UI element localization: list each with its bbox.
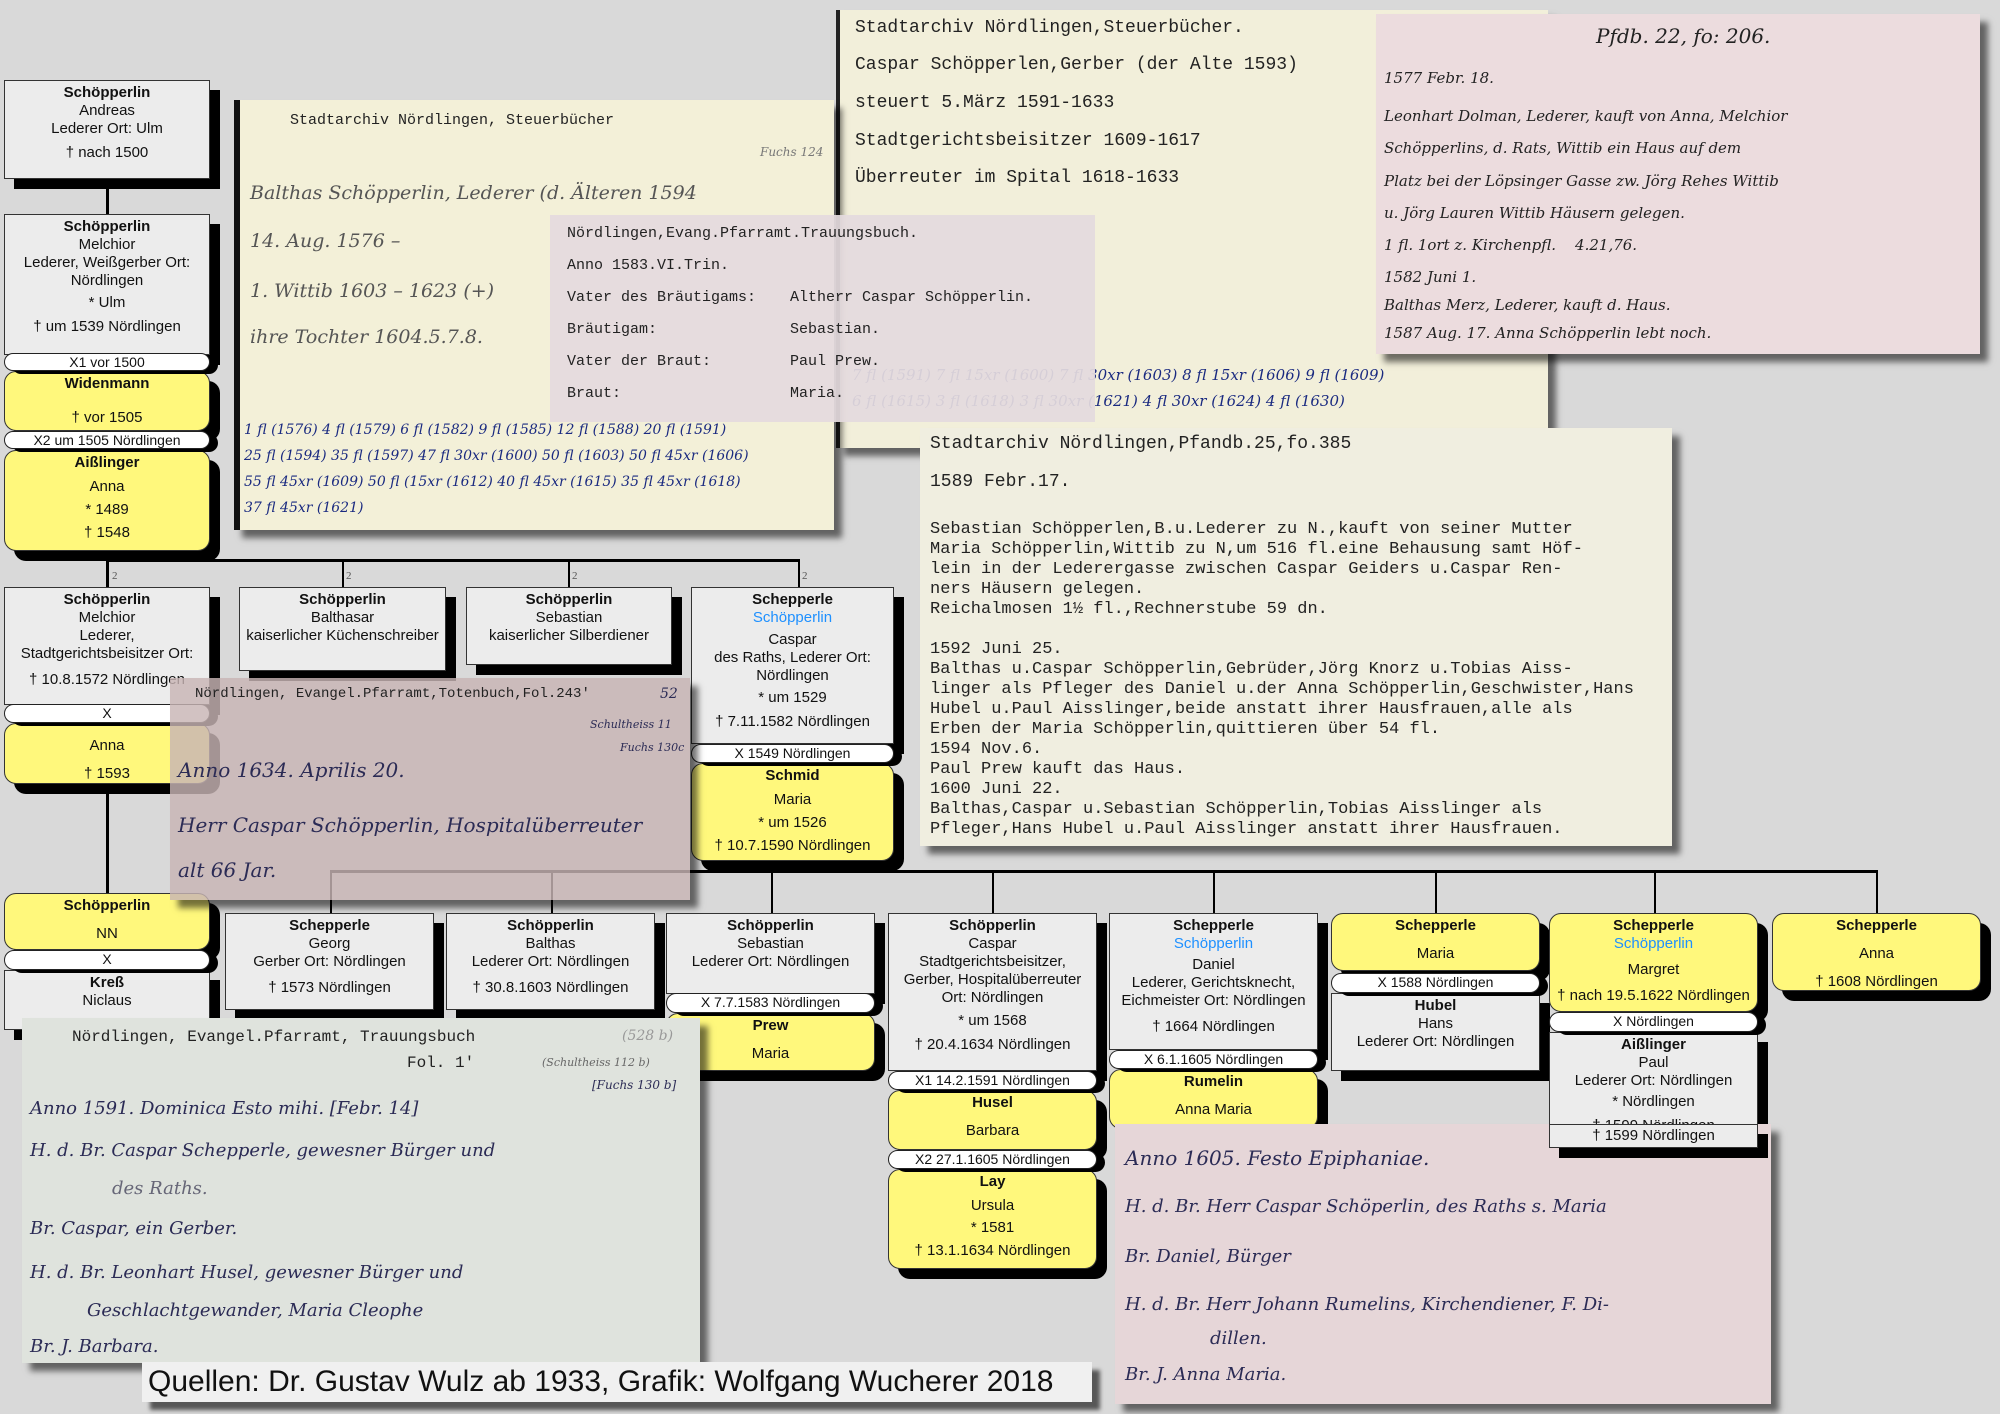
alt-surname: Schöpperlin	[1110, 935, 1317, 953]
death-date: † um 1539 Nördlingen	[5, 318, 209, 336]
occupation: Gerber Ort: Nördlingen	[226, 953, 433, 971]
surname: Schöpperlin	[447, 917, 654, 935]
occupation: Lederer, Weißgerber Ort: Nördlingen	[5, 254, 209, 290]
paragraph-line: Hubel u.Paul Aisslinger,beide anstatt ih…	[930, 700, 1573, 719]
death-date: † nach 19.5.1622 Nördlingen	[1550, 987, 1757, 1005]
person-melchior-sr[interactable]: Schöpperlin Melchior Lederer, Weißgerber…	[4, 214, 210, 355]
person-sebastian-sr[interactable]: Schöpperlin Sebastian kaiserlicher Silbe…	[466, 587, 672, 665]
handwritten-line: alt 66 Jar.	[178, 858, 276, 882]
person-sebastian-jr[interactable]: Schöpperlin Sebastian Lederer Ort: Nördl…	[666, 913, 875, 994]
person-caspar-jr[interactable]: Schöpperlin Caspar Stadtgerichtsbeisitze…	[888, 913, 1097, 1071]
handwritten-line: Br. Caspar, ein Gerber.	[30, 1218, 237, 1239]
surname: Aißlinger	[5, 454, 209, 472]
generation-marker: 2	[112, 570, 118, 582]
surname: Schöpperlin	[5, 591, 209, 609]
occupation: Lederer Ort: Nördlingen	[1550, 1072, 1757, 1090]
handwritten-line: des Raths.	[112, 1178, 208, 1199]
occupation: kaiserlicher Küchenschreiber	[240, 627, 445, 645]
marriage-label: X 6.1.1605 Nördlingen	[1109, 1050, 1318, 1069]
surname: Rumelin	[1110, 1073, 1317, 1091]
paragraph-line: lein in der Lederergasse zwischen Caspar…	[930, 560, 1563, 579]
handwritten-line: dillen.	[1210, 1328, 1267, 1349]
given-name: Maria	[1332, 945, 1539, 963]
row-label: Bräutigam:	[567, 321, 657, 338]
occupation: des Raths, Lederer Ort: Nördlingen	[692, 649, 893, 685]
document-line: Caspar Schöpperlen,Gerber (der Alte 1593…	[855, 55, 1298, 75]
document-line: Stadtgerichtsbeisitzer 1609-1617	[855, 131, 1201, 151]
handwritten-line: 14. Aug. 1576 –	[250, 230, 400, 252]
occupation: Stadtgerichtsbeisitzer, Gerber, Hospital…	[889, 953, 1096, 1007]
given-name: Anna	[5, 478, 209, 496]
document-pfandbuch-25: Stadtarchiv Nördlingen,Pfandb.25,fo.385 …	[920, 428, 1672, 846]
archive-reference: [Fuchs 130 b]	[592, 1078, 676, 1092]
surname: Schmid	[692, 767, 893, 785]
archive-reference: (Schultheiss 112 b)	[542, 1056, 650, 1069]
connector-line	[771, 870, 773, 914]
birth-date: * um 1529	[692, 689, 893, 707]
death-date: † 1608 Nördlingen	[1773, 973, 1980, 991]
person-anna-schepperle[interactable]: Schepperle Anna † 1608 Nördlingen	[1772, 913, 1981, 991]
surname: Schepperle	[1110, 917, 1317, 935]
given-name: Anna	[1773, 945, 1980, 963]
connector-line	[106, 559, 800, 562]
handwritten-line: Balthas Merz, Lederer, kauft d. Haus.	[1384, 296, 1670, 314]
document-date: 1592 Juni 25.	[930, 640, 1063, 659]
surname: Schöpperlin	[667, 917, 874, 935]
death-date: † 7.11.1582 Nördlingen	[692, 713, 893, 731]
alt-surname: Schöpperlin	[692, 609, 893, 627]
person-maria-schepperle[interactable]: Schepperle Maria	[1331, 913, 1540, 971]
death-date: † nach 1500	[5, 144, 209, 162]
tax-line: 37 fl 45xr (1621)	[244, 500, 363, 516]
document-date: Anno 1583.VI.Trin.	[567, 257, 729, 274]
handwritten-line: Br. J. Barbara.	[30, 1336, 158, 1357]
connector-line	[342, 559, 344, 587]
generation-marker: 2	[802, 570, 808, 582]
given-name: Melchior	[5, 609, 209, 627]
folio: Fol. 1'	[407, 1054, 474, 1072]
given-name: Sebastian	[467, 609, 671, 627]
document-header: Pfdb. 22, fo: 206.	[1596, 24, 1770, 48]
handwritten-line: 1577 Febr. 18.	[1384, 69, 1494, 87]
death-date: † 1573 Nördlingen	[226, 979, 433, 997]
death-date: † 1548	[5, 524, 209, 542]
surname: Schepperle	[1550, 917, 1757, 935]
paragraph-line: linger als Pfleger des Daniel u.der Anna…	[930, 680, 1634, 699]
handwritten-line: Anno 1634. Aprilis 20.	[178, 758, 405, 782]
generation-marker: 2	[572, 570, 578, 582]
handwritten-line: 1582 Juni 1.	[1384, 268, 1476, 286]
given-name: Daniel	[1110, 956, 1317, 974]
handwritten-line: Br. J. Anna Maria.	[1125, 1364, 1286, 1385]
surname: Schepperle	[692, 591, 893, 609]
occupation: Lederer Ort: Ulm	[5, 120, 209, 138]
source-caption: Quellen: Dr. Gustav Wulz ab 1933, Grafik…	[142, 1362, 1092, 1402]
row-value: Paul Prew.	[790, 353, 880, 370]
death-date: † vor 1505	[5, 409, 209, 427]
document-date: 1589 Febr.17.	[930, 472, 1070, 492]
person-widenmann[interactable]: Widenmann † vor 1505	[4, 371, 210, 431]
death-date: † 30.8.1603 Nördlingen	[447, 979, 654, 997]
surname: Schöpperlin	[467, 591, 671, 609]
person-daniel[interactable]: Schepperle Schöpperlin Daniel Lederer, G…	[1109, 913, 1318, 1050]
generation-marker: 2	[346, 570, 352, 582]
row-value: Altherr Caspar Schöpperlin.	[790, 289, 1033, 306]
marriage-label: X1 14.2.1591 Nördlingen	[888, 1071, 1097, 1090]
handwritten-line: Br. Daniel, Bürger	[1125, 1246, 1291, 1267]
person-balthasar[interactable]: Schöpperlin Balthasar kaiserlicher Küche…	[239, 587, 446, 671]
document-trauungsbuch-1605: Anno 1605. Festo Epiphaniae. H. d. Br. H…	[1115, 1124, 1771, 1404]
person-georg[interactable]: Schepperle Georg Gerber Ort: Nördlingen …	[225, 913, 434, 1010]
given-name: Melchior	[5, 236, 209, 254]
handwritten-line: Leonhart Dolman, Lederer, kauft von Anna…	[1384, 107, 1787, 125]
occupation: Lederer, Stadtgerichtsbeisitzer Ort:	[5, 627, 209, 663]
handwritten-line: ihre Tochter 1604.5.7.8.	[250, 326, 483, 348]
connector-line	[1435, 870, 1437, 914]
connector-line	[1876, 870, 1878, 914]
archive-reference: Fuchs 124	[760, 145, 823, 159]
given-name: Barbara	[889, 1122, 1096, 1140]
person-hans-hubel[interactable]: Hubel Hans Lederer Ort: Nördlingen	[1331, 993, 1540, 1071]
surname: Schöpperlin	[240, 591, 445, 609]
marriage-label: X	[4, 950, 210, 970]
person-maria-schmid[interactable]: Schmid Maria * um 1526 † 10.7.1590 Nördl…	[691, 763, 894, 861]
paragraph-line: ners Häusern gelegen.	[930, 580, 1144, 599]
paragraph-line: Pfleger,Hans Hubel u.Paul Aisslinger ans…	[930, 820, 1563, 839]
surname: Widenmann	[5, 375, 209, 393]
handwritten-line: 1587 Aug. 17. Anna Schöpperlin lebt noch…	[1384, 324, 1711, 342]
person-margret[interactable]: Schepperle Schöpperlin Margret † nach 19…	[1549, 913, 1758, 1012]
row-value: Sebastian.	[790, 321, 880, 338]
given-name: Balthasar	[240, 609, 445, 627]
marriage-label: X 1588 Nördlingen	[1331, 973, 1540, 993]
occupation: Lederer Ort: Nördlingen	[1332, 1033, 1539, 1051]
marriage-label: X 7.7.1583 Nördlingen	[666, 993, 875, 1013]
person-anna-aisslinger[interactable]: Aißlinger Anna * 1489 † 1548	[4, 450, 210, 551]
connector-line	[992, 870, 994, 914]
row-label: Vater des Bräutigams:	[567, 289, 756, 306]
given-name: Georg	[226, 935, 433, 953]
handwritten-line: Anno 1591. Dominica Esto mihi. [Febr. 14…	[30, 1098, 418, 1119]
handwritten-line: Platz bei der Löpsinger Gasse zw. Jörg R…	[1384, 172, 1779, 190]
surname: Hubel	[1332, 997, 1539, 1015]
surname: Schepperle	[1332, 917, 1539, 935]
archive-reference: Fuchs 130c	[620, 741, 684, 754]
death-date: † 10.7.1590 Nördlingen	[692, 837, 893, 855]
birth-date: * um 1526	[692, 814, 893, 832]
paragraph-line: Reichalmosen 1½ fl.,Rechnerstube 59 dn.	[930, 600, 1328, 619]
row-label: Braut:	[567, 385, 621, 402]
handwritten-line: H. d. Br. Caspar Schepperle, gewesner Bü…	[30, 1140, 495, 1161]
person-ursula-lay[interactable]: Lay Ursula * 1581 † 13.1.1634 Nördlingen	[888, 1169, 1097, 1269]
death-date: † 1599 Nördlingen	[1550, 1127, 1757, 1145]
person-barbara-husel[interactable]: Husel Barbara	[888, 1090, 1097, 1150]
document-pfandbuch-22: Pfdb. 22, fo: 206. 1577 Febr. 18. Leonha…	[1376, 14, 1980, 354]
handwritten-line: Geschlachtgewander, Maria Cleophe	[87, 1300, 423, 1321]
surname: Schöpperlin	[889, 917, 1096, 935]
given-name: Margret	[1550, 961, 1757, 979]
person-paul-aisslinger-death-overlay: † 1599 Nördlingen	[1549, 1124, 1758, 1148]
paragraph-line: Balthas u.Caspar Schöpperlin,Gebrüder,Jö…	[930, 660, 1573, 679]
handwritten-line: H. d. Br. Herr Caspar Schöperlin, des Ra…	[1125, 1196, 1607, 1217]
death-date: † 20.4.1634 Nördlingen	[889, 1036, 1096, 1054]
row-label: Vater der Braut:	[567, 353, 711, 370]
given-name: Maria	[692, 791, 893, 809]
marriage-label: X2 um 1505 Nördlingen	[4, 431, 210, 449]
surname: Schöpperlin	[5, 218, 209, 236]
paragraph-line: Erben der Maria Schöpperlin,quittieren ü…	[930, 720, 1440, 739]
given-name: Niclaus	[5, 992, 209, 1010]
document-line: Überreuter im Spital 1618-1633	[855, 168, 1179, 188]
given-name: Anna Maria	[1110, 1101, 1317, 1119]
document-header: Stadtarchiv Nördlingen, Steuerbücher	[290, 112, 614, 129]
birth-date: * um 1568	[889, 1012, 1096, 1030]
occupation: Lederer, Gerichtsknecht, Eichmeister Ort…	[1110, 974, 1317, 1010]
tax-line: 25 fl (1594) 35 fl (1597) 47 fl 30xr (16…	[244, 448, 749, 464]
marriage-label: X2 27.1.1605 Nördlingen	[888, 1150, 1097, 1169]
birth-date: * Nördlingen	[1550, 1093, 1757, 1111]
document-line: steuert 5.März 1591-1633	[855, 93, 1114, 113]
handwritten-line: H. d. Br. Herr Johann Rumelins, Kirchend…	[1125, 1294, 1609, 1315]
given-name: Caspar	[692, 631, 893, 649]
document-header: Nördlingen, Evangel.Pfarramt, Trauungsbu…	[72, 1028, 475, 1046]
person-andreas-schoepperlin[interactable]: Schöpperlin Andreas Lederer Ort: Ulm † n…	[4, 80, 210, 179]
given-name: Paul	[1550, 1054, 1757, 1072]
given-name: Sebastian	[667, 935, 874, 953]
document-trauungsbuch-1591: Nördlingen, Evangel.Pfarramt, Trauungsbu…	[22, 1018, 700, 1363]
given-name: Ursula	[889, 1197, 1096, 1215]
tax-line: 55 fl 45xr (1609) 50 fl (15xr (1612) 40 …	[244, 474, 741, 490]
given-name: NN	[5, 925, 209, 943]
surname: Schepperle	[226, 917, 433, 935]
tax-line: 1 fl (1576) 4 fl (1579) 6 fl (1582) 9 fl…	[244, 422, 726, 438]
birth-date: * Ulm	[5, 294, 209, 312]
paragraph-line: Paul Prew kauft das Haus.	[930, 760, 1185, 779]
person-balthas[interactable]: Schöpperlin Balthas Lederer Ort: Nördlin…	[446, 913, 655, 1010]
handwritten-line: Anno 1605. Festo Epiphaniae.	[1125, 1146, 1429, 1170]
archive-reference: (528 b)	[622, 1028, 673, 1044]
document-header: Nördlingen, Evangel.Pfarramt,Totenbuch,F…	[195, 686, 590, 702]
connector-line	[106, 784, 109, 894]
person-caspar-sr[interactable]: Schepperle Schöpperlin Caspar des Raths,…	[691, 587, 894, 744]
connector-line	[1213, 870, 1215, 914]
occupation: Lederer Ort: Nördlingen	[667, 953, 874, 971]
occupation: kaiserlicher Silberdiener	[467, 627, 671, 645]
handwritten-line: Schöpperlins, d. Rats, Wittib ein Haus a…	[1384, 139, 1741, 157]
handwritten-line: 1. Wittib 1603 – 1623 (+)	[250, 280, 494, 302]
occupation: Lederer Ort: Nördlingen	[447, 953, 654, 971]
handwritten-line: u. Jörg Lauren Wittib Häusern gelegen.	[1384, 204, 1685, 222]
row-value: Maria.	[790, 385, 844, 402]
paragraph-line: 1600 Juni 22.	[930, 780, 1063, 799]
paragraph-line: 1594 Nov.6.	[930, 740, 1042, 759]
birth-date: * 1581	[889, 1219, 1096, 1237]
connector-line	[568, 559, 570, 587]
death-date: † 13.1.1634 Nördlingen	[889, 1242, 1096, 1260]
paragraph-line: Balthas,Caspar u.Sebastian Schöpperlin,T…	[930, 800, 1542, 819]
surname: Schöpperlin	[5, 84, 209, 102]
document-header: Stadtarchiv Nördlingen,Pfandb.25,fo.385	[930, 434, 1351, 454]
connector-line	[1654, 870, 1656, 914]
death-date: † 1664 Nördlingen	[1110, 1018, 1317, 1036]
birth-date: * 1489	[5, 501, 209, 519]
person-anna-maria-rumelin[interactable]: Rumelin Anna Maria	[1109, 1069, 1318, 1129]
given-name: Hans	[1332, 1015, 1539, 1033]
page-number: 52	[660, 686, 678, 702]
document-line: Stadtarchiv Nördlingen,Steuerbücher.	[855, 18, 1244, 38]
marriage-label: X 1549 Nördlingen	[691, 744, 894, 763]
connector-line	[798, 559, 800, 587]
paragraph-line: Maria Schöpperlin,Wittib zu N,um 516 fl.…	[930, 540, 1583, 559]
marriage-label: X Nördlingen	[1549, 1012, 1758, 1032]
archive-reference: Schultheiss 11	[590, 718, 672, 731]
surname: Aißlinger	[1550, 1036, 1757, 1054]
document-totenbuch: Nördlingen, Evangel.Pfarramt,Totenbuch,F…	[170, 678, 690, 900]
surname: Husel	[889, 1094, 1096, 1112]
handwritten-line: H. d. Br. Leonhart Husel, gewesner Bürge…	[30, 1262, 463, 1283]
alt-surname: Schöpperlin	[1550, 935, 1757, 953]
paragraph-line: Sebastian Schöpperlen,B.u.Lederer zu N.,…	[930, 520, 1573, 539]
surname: Kreß	[5, 974, 209, 992]
surname: Schepperle	[1773, 917, 1980, 935]
connector-line	[106, 551, 109, 587]
handwritten-line: Herr Caspar Schöpperlin, Hospitalüberreu…	[178, 813, 642, 837]
given-name: Andreas	[5, 102, 209, 120]
given-name: Caspar	[889, 935, 1096, 953]
handwritten-line: Balthas Schöpperlin, Lederer (d. Älteren…	[250, 182, 697, 204]
person-nn-schoepperlin[interactable]: Schöpperlin NN	[4, 893, 210, 950]
given-name: Balthas	[447, 935, 654, 953]
handwritten-line: 1 fl. 1ort z. Kirchenpfl. 4.21,76.	[1384, 236, 1637, 254]
document-trauungsbuch-1583: Nördlingen,Evang.Pfarramt.Trauungsbuch. …	[550, 215, 1095, 422]
surname: Lay	[889, 1173, 1096, 1191]
marriage-label: X1 vor 1500	[4, 353, 210, 371]
document-header: Nördlingen,Evang.Pfarramt.Trauungsbuch.	[567, 225, 918, 242]
connector-line	[106, 179, 109, 215]
